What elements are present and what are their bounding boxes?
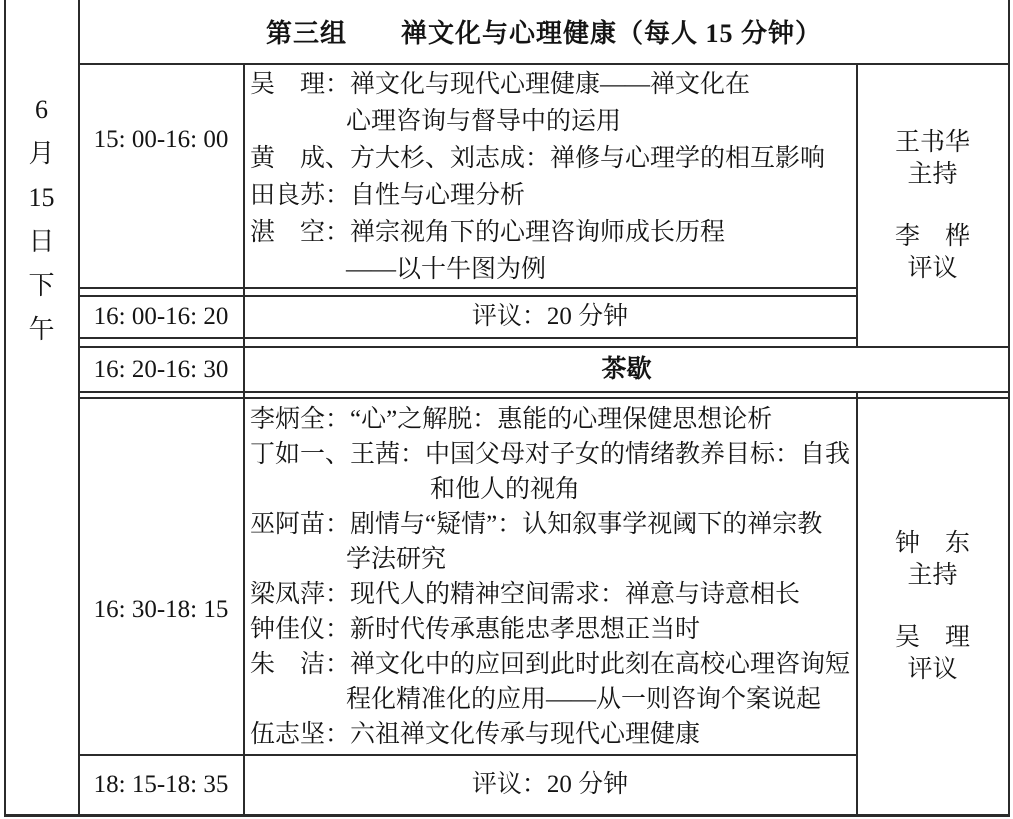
reviewer-role-label: 评议: [907, 253, 957, 285]
table-border-row2-bottom-a: [78, 337, 858, 339]
session-title: 第三组 禅文化与心理健康（每人 15 分钟）: [266, 13, 822, 50]
table-border-row2-bottom-b: [78, 346, 1010, 348]
host-role-label: 主持: [907, 560, 957, 592]
reviewer-name: 李 桦: [895, 221, 970, 253]
session-header: 第三组 禅文化与心理健康（每人 15 分钟）: [80, 0, 1008, 63]
talk-line: 丁如一、王茜：中国父母对子女的情绪教养目标：自我: [250, 437, 856, 472]
talk-line: 伍志坚：六祖禅文化传承与现代心理健康: [250, 717, 856, 752]
talk-line: 湛 空：禅宗视角下的心理咨询师成长历程: [250, 214, 856, 251]
time-slot-5: 18: 15-18: 35: [79, 768, 243, 802]
date-line: 下: [28, 264, 54, 308]
reviewer-name: 吴 理: [895, 622, 970, 654]
table-border-bottom: [4, 814, 1010, 817]
time-slot-4: 16: 30-18: 15: [79, 593, 243, 627]
talk-line: 吴 理：禅文化与现代心理健康——禅文化在: [250, 66, 856, 103]
talk-line-continuation: 和他人的视角: [250, 472, 856, 507]
conference-schedule-table: 6 月 15 日 下 午 第三组 禅文化与心理健康（每人 15 分钟） 15: …: [0, 0, 1013, 819]
time-slot-2: 16: 00-16: 20: [79, 300, 243, 334]
tea-break-cell: 茶歇: [244, 353, 1009, 387]
talk-line-continuation: 程化精准化的应用——从一则咨询个案说起: [250, 682, 856, 717]
host-cell-session-1: 王书华 主持 李 桦 评议: [857, 65, 1008, 346]
table-border-row1-bottom-b: [78, 295, 858, 297]
date-line: 午: [28, 308, 54, 352]
date-line: 6: [35, 88, 48, 132]
time-slot-3: 16: 20-16: 30: [79, 353, 243, 387]
talk-line: 钟佳仪：新时代传承惠能忠孝思想正当时: [250, 612, 856, 647]
host-role-label: 主持: [907, 159, 957, 191]
table-border-row4-bottom: [78, 754, 858, 756]
table-border-time-col: [243, 63, 245, 816]
host-cell-session-2: 钟 东 主持 吴 理 评议: [857, 399, 1008, 814]
date-line: 15: [29, 176, 55, 220]
date-line: 日: [28, 220, 54, 264]
talk-line-continuation: ——以十牛图为例: [250, 251, 856, 288]
review-cell-2: 评议：20 分钟: [244, 768, 856, 802]
review-cell-1: 评议：20 分钟: [244, 300, 856, 334]
talk-line-continuation: 心理咨询与督导中的运用: [250, 103, 856, 140]
talk-line: 梁凤萍：现代人的精神空间需求：禅意与诗意相长: [250, 577, 856, 612]
talk-line: 巫阿苗：剧情与“疑情”：认知叙事学视阈下的禅宗教: [250, 507, 856, 542]
talk-line: 黄 成、方大杉、刘志成：禅修与心理学的相互影响: [250, 140, 856, 177]
reviewer-role-label: 评议: [907, 654, 957, 686]
host-name: 王书华: [895, 127, 970, 159]
table-border-right: [1008, 0, 1010, 816]
table-border-row3-bottom-a: [78, 391, 1010, 393]
talk-line-continuation: 学法研究: [250, 542, 856, 577]
talk-list-session-1: 吴 理：禅文化与现代心理健康——禅文化在 心理咨询与督导中的运用 黄 成、方大杉…: [250, 66, 856, 288]
talk-line: 李炳全：“心”之解脱：惠能的心理保健思想论析: [250, 402, 856, 437]
date-line: 月: [28, 132, 54, 176]
host-name: 钟 东: [895, 528, 970, 560]
time-slot-1: 15: 00-16: 00: [79, 123, 243, 157]
talk-line: 朱 洁：禅文化中的应回到此时此刻在高校心理咨询短: [250, 647, 856, 682]
talk-list-session-2: 李炳全：“心”之解脱：惠能的心理保健思想论析 丁如一、王茜：中国父母对子女的情绪…: [250, 402, 856, 752]
talk-line: 田良苏：自性与心理分析: [250, 177, 856, 214]
date-cell: 6 月 15 日 下 午: [5, 0, 78, 815]
